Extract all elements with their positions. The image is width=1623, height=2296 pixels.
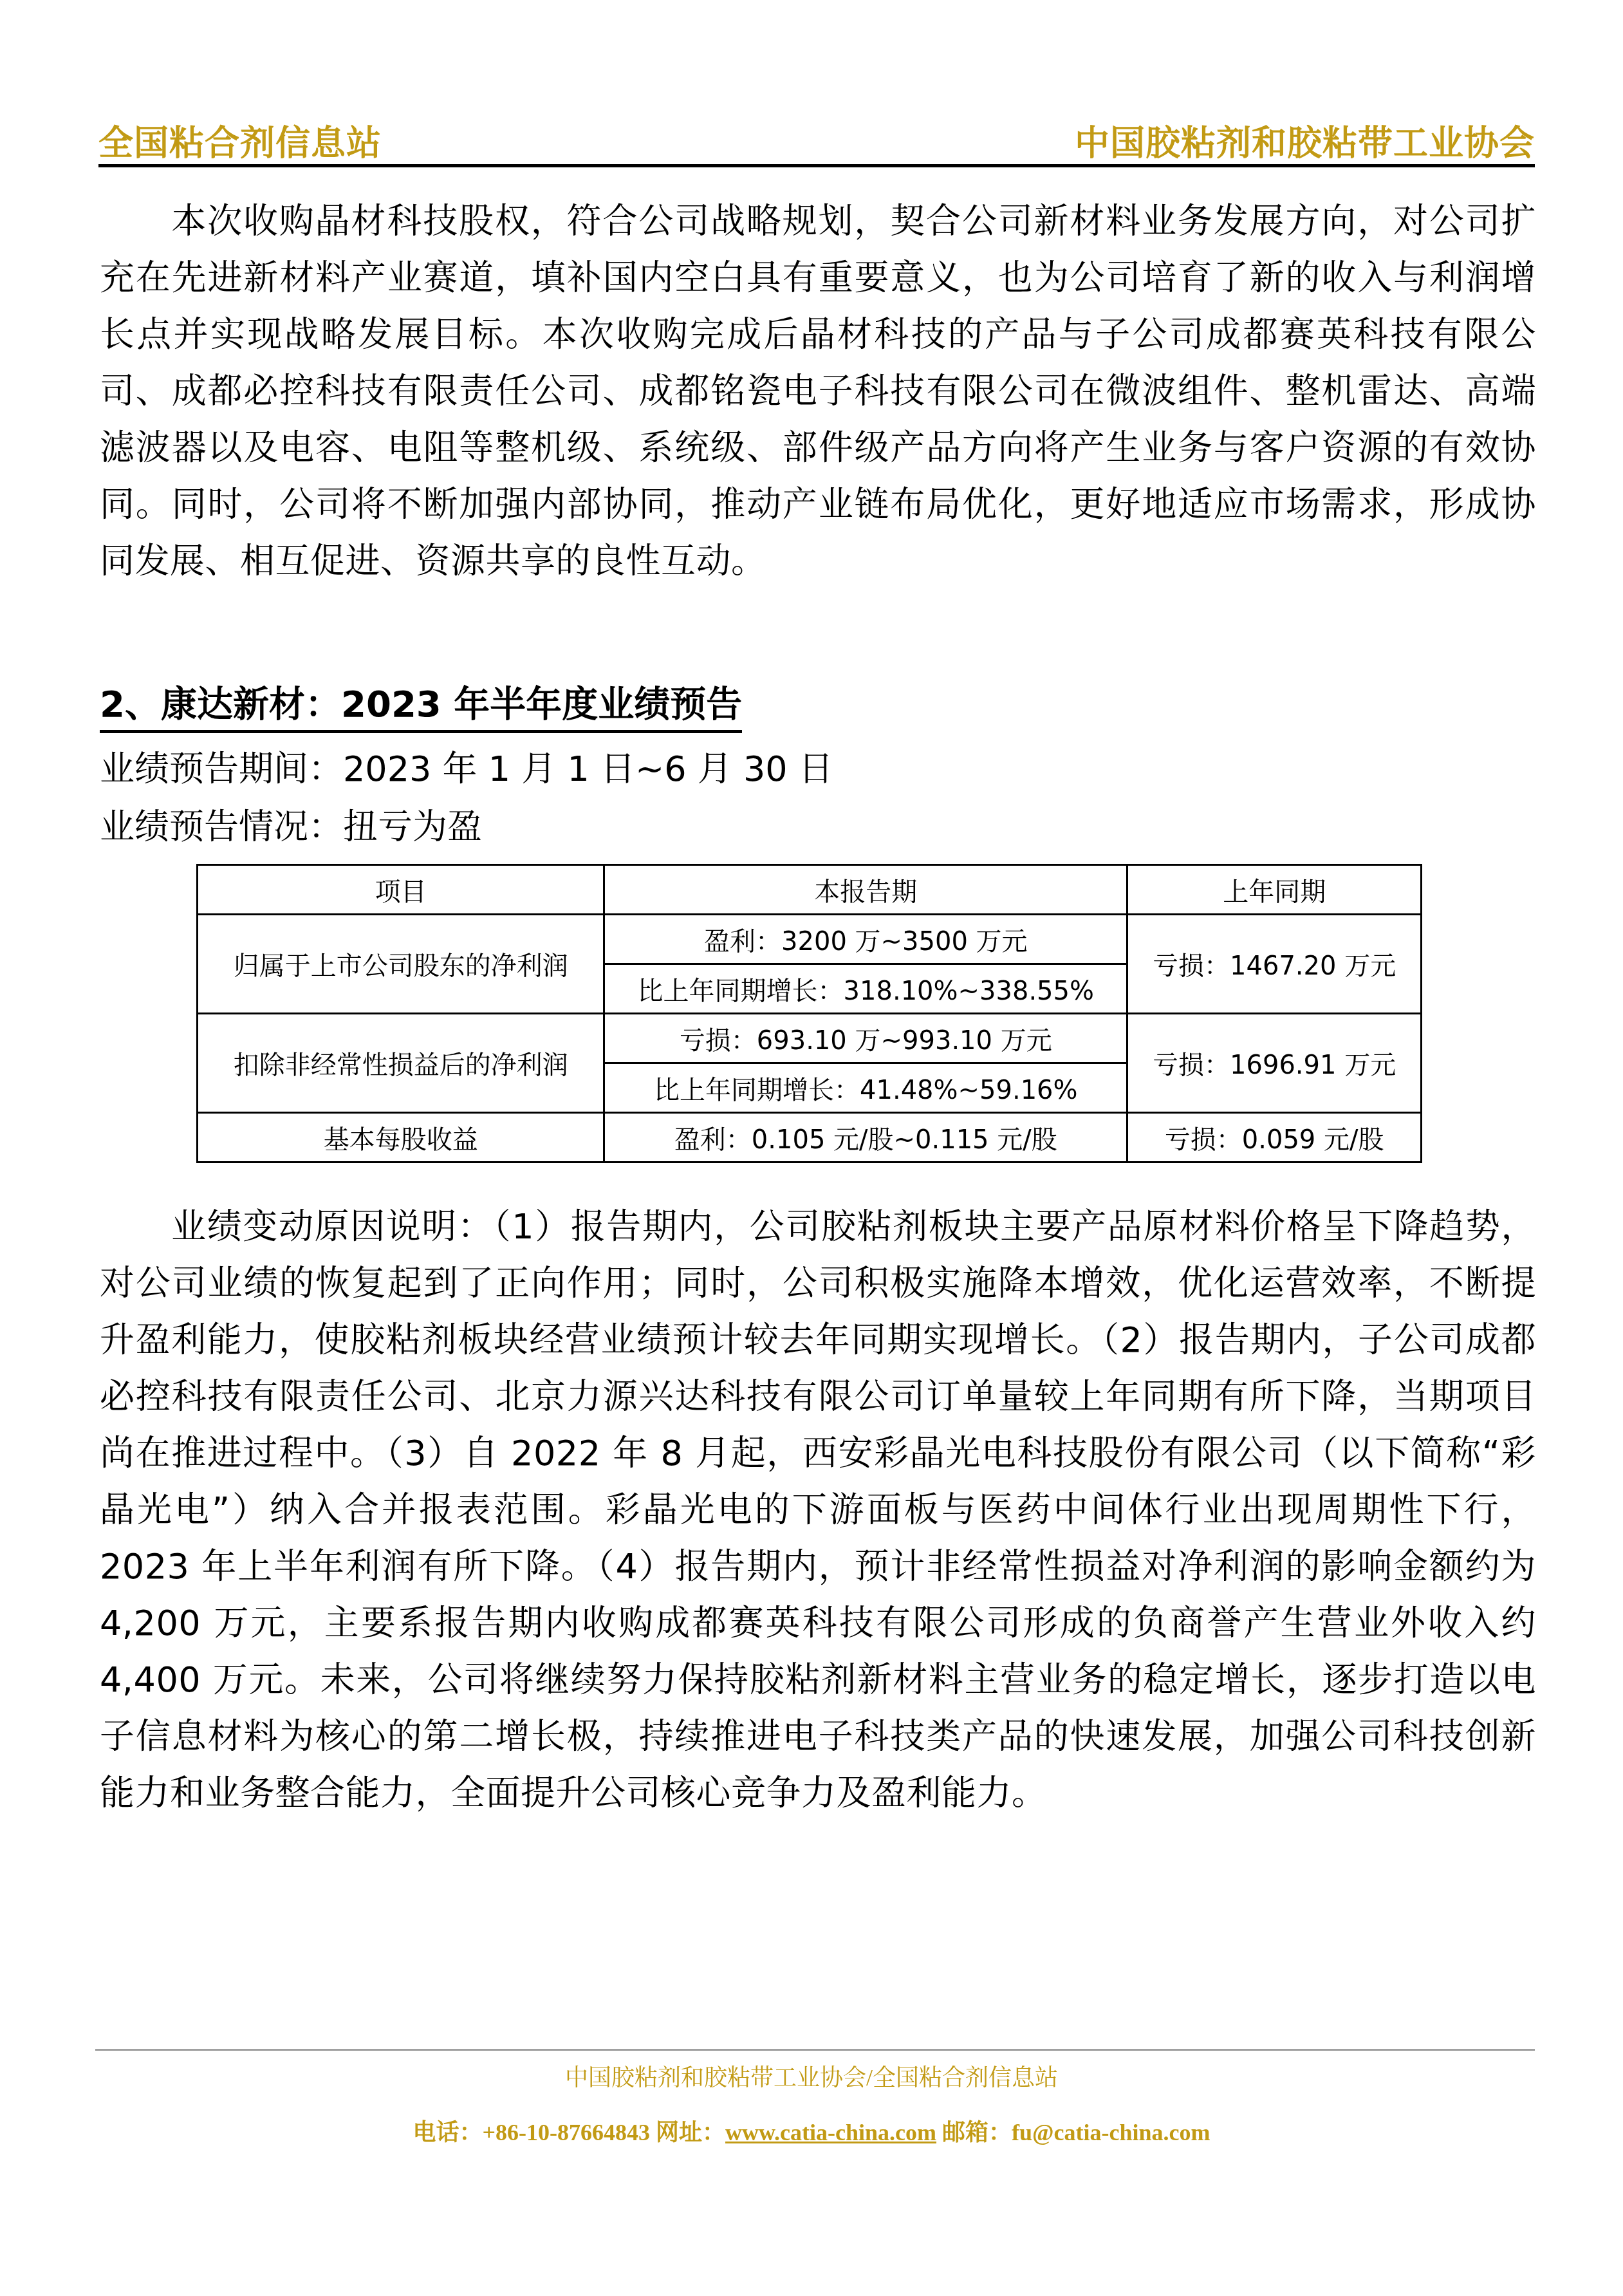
table-cell-current: 亏损：693.10 万~993.10 万元 bbox=[604, 1014, 1127, 1063]
table-cell-current: 盈利：3200 万~3500 万元 bbox=[604, 915, 1127, 964]
table-cell-current: 比上年同期增长：318.10%~338.55% bbox=[604, 964, 1127, 1014]
table-cell-prior: 亏损：0.059 元/股 bbox=[1127, 1113, 1422, 1162]
table-cell-item: 基本每股收益 bbox=[198, 1113, 604, 1162]
website-label: 网址： bbox=[656, 2120, 725, 2145]
phone-number: +86-10-87664843 bbox=[483, 2120, 651, 2145]
header-divider bbox=[98, 164, 1535, 167]
table-header-cell: 上年同期 bbox=[1127, 865, 1422, 915]
table-row: 归属于上市公司股东的净利润 盈利：3200 万~3500 万元 亏损：1467.… bbox=[198, 915, 1422, 964]
footer-contact-line: 电话：+86-10-87664843 网址：www.catia-china.co… bbox=[0, 2114, 1623, 2147]
intro-text: 本次收购晶材科技股权，符合公司战略规划，契合公司新材料业务发展方向，对公司扩充在… bbox=[100, 201, 1536, 581]
section-title: 2、康达新材：2023 年半年度业绩预告 bbox=[100, 682, 742, 733]
email-label: 邮箱： bbox=[942, 2120, 1012, 2145]
table-row: 基本每股收益 盈利：0.105 元/股~0.115 元/股 亏损：0.059 元… bbox=[198, 1113, 1422, 1162]
website-link[interactable]: www.catia-china.com bbox=[725, 2120, 936, 2145]
forecast-status: 业绩预告情况：扭亏为盈 bbox=[100, 805, 482, 850]
intro-paragraph: 本次收购晶材科技股权，符合公司战略规划，契合公司新材料业务发展方向，对公司扩充在… bbox=[100, 193, 1536, 590]
table-cell-prior: 亏损：1467.20 万元 bbox=[1127, 915, 1422, 1014]
footer-divider bbox=[95, 2049, 1535, 2051]
forecast-period: 业绩预告期间：2023 年 1 月 1 日~6 月 30 日 bbox=[100, 747, 833, 792]
table-cell-prior: 亏损：1696.91 万元 bbox=[1127, 1014, 1422, 1113]
table-header-cell: 本报告期 bbox=[604, 865, 1127, 915]
table-row: 扣除非经常性损益后的净利润 亏损：693.10 万~993.10 万元 亏损：1… bbox=[198, 1014, 1422, 1063]
table-header-row: 项目 本报告期 上年同期 bbox=[198, 865, 1422, 915]
page-header: 全国粘合剂信息站 中国胶粘剂和胶粘带工业协会 bbox=[98, 116, 1535, 161]
table-cell-item: 扣除非经常性损益后的净利润 bbox=[198, 1014, 604, 1113]
phone-label: 电话： bbox=[413, 2120, 483, 2145]
table-header-cell: 项目 bbox=[198, 865, 604, 915]
header-left-title: 全国粘合剂信息站 bbox=[98, 116, 382, 165]
table-cell-item: 归属于上市公司股东的净利润 bbox=[198, 915, 604, 1014]
reason-paragraph: 业绩变动原因说明：（1）报告期内，公司胶粘剂板块主要产品原材料价格呈下降趋势，对… bbox=[100, 1199, 1536, 1822]
email-address: fu@catia-china.com bbox=[1012, 2120, 1210, 2145]
footer-org-line: 中国胶粘剂和胶粘带工业协会/全国粘合剂信息站 bbox=[0, 2060, 1623, 2093]
table-cell-current: 比上年同期增长：41.48%~59.16% bbox=[604, 1063, 1127, 1113]
header-right-title: 中国胶粘剂和胶粘带工业协会 bbox=[1075, 116, 1535, 165]
table-cell-current: 盈利：0.105 元/股~0.115 元/股 bbox=[604, 1113, 1127, 1162]
performance-forecast-table: 项目 本报告期 上年同期 归属于上市公司股东的净利润 盈利：3200 万~350… bbox=[196, 864, 1422, 1163]
reason-text: 业绩变动原因说明：（1）报告期内，公司胶粘剂板块主要产品原材料价格呈下降趋势，对… bbox=[100, 1206, 1536, 1813]
